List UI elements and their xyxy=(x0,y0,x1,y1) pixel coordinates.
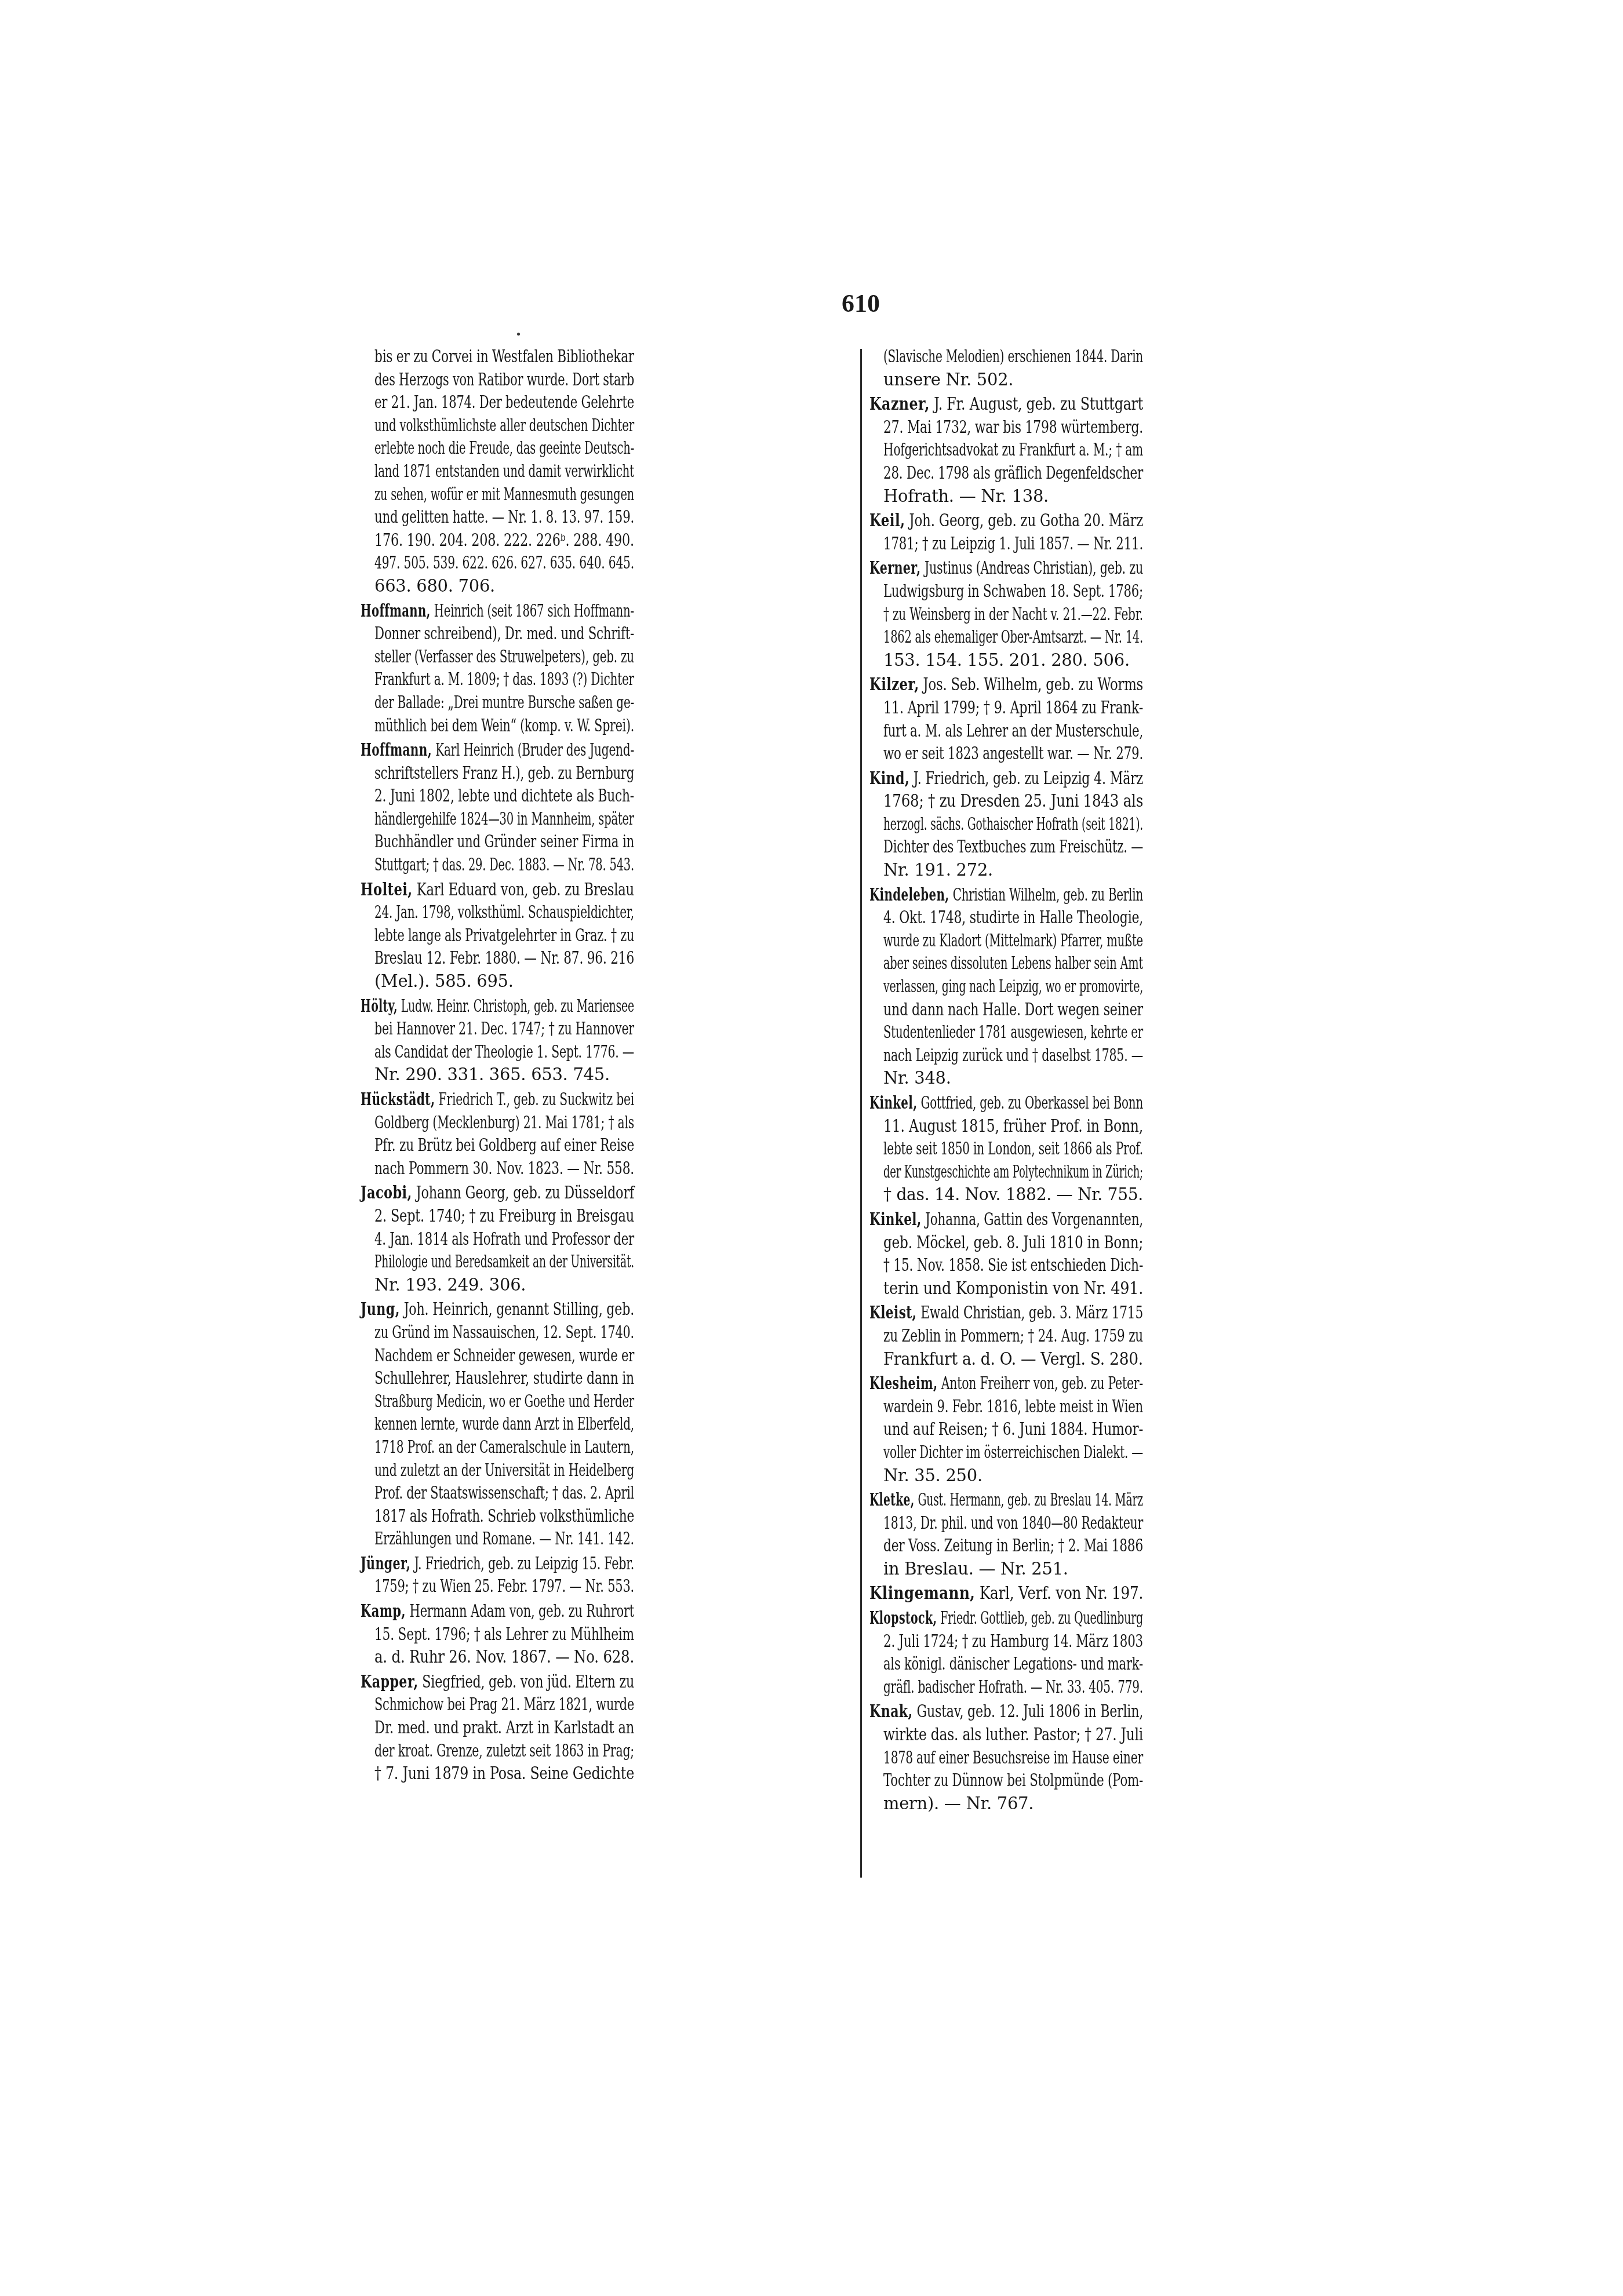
text-line: wirkte das. als luther. Pastor; † 27. Ju… xyxy=(869,1723,1143,1747)
entry-text: schriftstellers Franz H.), geb. zu Bernb… xyxy=(374,763,634,783)
text-line: geb. Möckel, geb. 8. Juli 1810 in Bonn; xyxy=(869,1231,1143,1255)
text-line: und gelitten hatte. — Nr. 1. 8. 13. 97. … xyxy=(361,506,634,529)
text-line: erlebte noch die Freude, das geeinte Deu… xyxy=(361,437,634,460)
entry-text: Friedrich T., geb. zu Suckwitz bei xyxy=(439,1089,634,1109)
text-line: Kletke, Gust. Hermann, geb. zu Breslau 1… xyxy=(869,1489,1143,1512)
entry-text: Breslau 12. Febr. 1880. — Nr. 87. 96. 21… xyxy=(374,948,634,968)
entry-text: der Voss. Zeitung in Berlin; † 2. Mai 18… xyxy=(883,1536,1143,1555)
biography-entry: Hoffmann, Heinrich (seit 1867 sich Hoffm… xyxy=(361,600,634,738)
text-line: Nr. 348. xyxy=(869,1067,1143,1090)
entry-text: als Candidat der Theologie 1. Sept. 1776… xyxy=(374,1042,634,1062)
biography-entry: Kleist, Ewald Christian, geb. 3. März 17… xyxy=(869,1302,1143,1371)
text-line: Erzählungen und Romane. — Nr. 141. 142. xyxy=(361,1528,634,1551)
entry-text: er 21. Jan. 1874. Der bedeutende Gelehrt… xyxy=(374,392,634,412)
entry-text: Gustav, geb. 12. Juli 1806 in Berlin, xyxy=(917,1701,1143,1721)
entry-text: 663. 680. 706. xyxy=(374,576,495,596)
entry-text: Frankfurt a. d. O. — Vergl. S. 280. xyxy=(883,1349,1143,1369)
text-line: wurde zu Kladort (Mittelmark) Pfarrer, m… xyxy=(869,930,1143,953)
entry-headword: Hückstädt, xyxy=(361,1089,435,1109)
biography-entry: Knak, Gustav, geb. 12. Juli 1806 in Berl… xyxy=(869,1700,1143,1815)
text-line: gräfl. badischer Hofrath. — Nr. 33. 405.… xyxy=(869,1676,1143,1699)
entry-text: Nachdem er Schneider gewesen, wurde er xyxy=(374,1346,634,1365)
text-line: Jung, Joh. Heinrich, genannt Stilling, g… xyxy=(361,1298,634,1321)
text-line: und volksthümlichste aller deutschen Dic… xyxy=(361,414,634,438)
text-line: 2. Juli 1724; † zu Hamburg 14. März 1803 xyxy=(869,1630,1143,1653)
entry-text: 4. Jan. 1814 als Hofrath und Professor d… xyxy=(374,1229,634,1249)
entry-text: Gottfried, geb. zu Oberkassel bei Bonn xyxy=(921,1093,1143,1113)
text-line: in Breslau. — Nr. 251. xyxy=(869,1558,1143,1581)
text-line: Nr. 193. 249. 306. xyxy=(361,1274,634,1297)
entry-text: Prof. der Staatswissenschaft; † das. 2. … xyxy=(374,1483,634,1503)
entry-text: (Slavische Melodien) erschienen 1844. Da… xyxy=(883,347,1143,366)
entry-headword: Hoffmann, xyxy=(361,740,432,760)
text-line: 1718 Prof. an der Cameralschule in Laute… xyxy=(361,1436,634,1459)
text-line: Kamp, Hermann Adam von, geb. zu Ruhrort xyxy=(361,1600,634,1623)
entry-text: 1718 Prof. an der Cameralschule in Laute… xyxy=(374,1437,634,1457)
text-line: 663. 680. 706. xyxy=(361,575,634,598)
text-line: Jacobi, Johann Georg, geb. zu Düsseldorf xyxy=(361,1182,634,1205)
text-line: Keil, Joh. Georg, geb. zu Gotha 20. März xyxy=(869,509,1143,533)
entry-text: Nr. 193. 249. 306. xyxy=(374,1275,526,1295)
entry-text: kennen lernte, wurde dann Arzt in Elberf… xyxy=(374,1414,634,1434)
biography-entry: Kindeleben, Christian Wilhelm, geb. zu B… xyxy=(869,884,1143,1090)
entry-text: Dr. med. und prakt. Arzt in Karlstadt an xyxy=(374,1718,634,1737)
entry-text: wurde zu Kladort (Mittelmark) Pfarrer, m… xyxy=(883,931,1143,950)
text-line: Klingemann, Karl, Verf. von Nr. 197. xyxy=(869,1582,1143,1605)
text-line: 1759; † zu Wien 25. Febr. 1797. — Nr. 55… xyxy=(361,1575,634,1598)
entry-headword: Kletke, xyxy=(869,1490,915,1510)
entry-text: 176. 190. 204. 208. 222. 226ᵇ. 288. 490. xyxy=(374,530,634,550)
text-line: mern). — Nr. 767. xyxy=(869,1792,1143,1816)
entry-text: Jos. Seb. Wilhelm, geb. zu Worms xyxy=(923,675,1143,694)
entry-text: Ludw. Heinr. Christoph, geb. zu Mariense… xyxy=(401,996,634,1016)
entry-text: Karl Eduard von, geb. zu Breslau xyxy=(417,880,634,899)
entry-text: J. Friedrich, geb. zu Leipzig 15. Febr. xyxy=(414,1554,634,1573)
text-line: 1813, Dr. phil. und von 1840—80 Redakteu… xyxy=(869,1512,1143,1535)
text-line: a. d. Ruhr 26. Nov. 1867. — No. 628. xyxy=(361,1646,634,1669)
text-line: Schmichow bei Prag 21. März 1821, wurde xyxy=(361,1693,634,1716)
text-line: Hofgerichtsadvokat zu Frankfurt a. M.; †… xyxy=(869,439,1143,462)
entry-text: Nr. 35. 250. xyxy=(883,1466,982,1485)
text-line: der Voss. Zeitung in Berlin; † 2. Mai 18… xyxy=(869,1535,1143,1558)
text-line: der kroat. Grenze, zuletzt seit 1863 in … xyxy=(361,1740,634,1763)
text-line: Hoffmann, Karl Heinrich (Bruder des Juge… xyxy=(361,739,634,762)
entry-text: Heinrich (seit 1867 sich Hoffmann- xyxy=(434,601,634,621)
entry-text: wirkte das. als luther. Pastor; † 27. Ju… xyxy=(883,1725,1143,1744)
entry-text: 1768; † zu Dresden 25. Juni 1843 als xyxy=(883,791,1143,811)
text-line: 497. 505. 539. 622. 626. 627. 635. 640. … xyxy=(361,552,634,575)
entry-text: und dann nach Halle. Dort wegen seiner xyxy=(883,1000,1143,1019)
biography-entry: Jung, Joh. Heinrich, genannt Stilling, g… xyxy=(361,1298,634,1551)
entry-text: Anton Freiherr von, geb. zu Peter- xyxy=(941,1373,1143,1393)
text-line: Nachdem er Schneider gewesen, wurde er xyxy=(361,1344,634,1368)
entry-text: 2. Juni 1802, lebte und dichtete als Buc… xyxy=(374,786,634,806)
entry-text: Buchhändler und Gründer seiner Firma in xyxy=(374,832,634,851)
entry-text: bei Hannover 21. Dec. 1747; † zu Hannove… xyxy=(374,1019,634,1038)
text-line: Goldberg (Mecklenburg) 21. Mai 1781; † a… xyxy=(361,1111,634,1135)
entry-text: Hofgerichtsadvokat zu Frankfurt a. M.; †… xyxy=(883,440,1143,460)
entry-headword: Kilzer, xyxy=(869,675,919,694)
entry-text: 15. Sept. 1796; † als Lehrer zu Mühlheim xyxy=(374,1624,634,1644)
text-line: Studentenlieder 1781 ausgewiesen, kehrte… xyxy=(869,1021,1143,1044)
entry-text: 1862 als ehemaliger Ober-Amtsarzt. — Nr.… xyxy=(883,627,1143,647)
entry-text: Gust. Hermann, geb. zu Breslau 14. März xyxy=(918,1490,1143,1510)
biography-entry: Kind, J. Friedrich, geb. zu Leipzig 4. M… xyxy=(869,767,1143,882)
text-line: 153. 154. 155. 201. 280. 506. xyxy=(869,649,1143,672)
entry-text: zu sehen, wofür er mit Mannesmuth gesung… xyxy=(374,484,634,504)
biography-entry: Kamp, Hermann Adam von, geb. zu Ruhrort1… xyxy=(361,1600,634,1669)
entry-text: J. Fr. August, geb. zu Stuttgart xyxy=(934,394,1143,414)
text-line: † 7. Juni 1879 in Posa. Seine Gedichte xyxy=(361,1762,634,1785)
text-line: Kindeleben, Christian Wilhelm, geb. zu B… xyxy=(869,884,1143,907)
entry-headword: Kamp, xyxy=(361,1601,406,1621)
biography-entry: Klopstock, Friedr. Gottlieb, geb. zu Que… xyxy=(869,1607,1143,1699)
entry-text: 27. Mai 1732, war bis 1798 würtemberg. xyxy=(883,417,1143,437)
entry-text: Siegfried, geb. von jüd. Eltern zu xyxy=(422,1672,634,1692)
entry-text: Frankfurt a. M. 1809; † das. 1893 (?) Di… xyxy=(374,669,634,689)
entry-text: Christian Wilhelm, geb. zu Berlin xyxy=(953,885,1143,905)
biography-entry: Hückstädt, Friedrich T., geb. zu Suckwit… xyxy=(361,1088,634,1180)
entry-text: und volksthümlichste aller deutschen Dic… xyxy=(374,416,634,435)
entry-text: Schullehrer, Hauslehrer, studirte dann i… xyxy=(374,1368,634,1388)
entry-text: Friedr. Gottlieb, geb. zu Quedlinburg xyxy=(940,1608,1143,1628)
biography-entry: Jacobi, Johann Georg, geb. zu Düsseldorf… xyxy=(361,1182,634,1296)
text-line: 2. Sept. 1740; † zu Freiburg in Breisgau xyxy=(361,1205,634,1228)
text-line: lebte seit 1850 in London, seit 1866 als… xyxy=(869,1138,1143,1161)
text-line: zu sehen, wofür er mit Mannesmuth gesung… xyxy=(361,483,634,506)
entry-text: Justinus (Andreas Christian), geb. zu xyxy=(925,558,1143,578)
print-speck xyxy=(517,333,520,336)
biography-entry: Keil, Joh. Georg, geb. zu Gotha 20. März… xyxy=(869,509,1143,555)
text-line: † zu Weinsberg in der Nacht v. 21.—22. F… xyxy=(869,603,1143,626)
text-line: Philologie und Beredsamkeit an der Unive… xyxy=(361,1251,634,1274)
biography-entry: Kerner, Justinus (Andreas Christian), ge… xyxy=(869,557,1143,672)
entry-text: terin und Komponistin von Nr. 491. xyxy=(883,1278,1143,1298)
text-line: Klopstock, Friedr. Gottlieb, geb. zu Que… xyxy=(869,1607,1143,1630)
entry-text: unsere Nr. 502. xyxy=(883,370,1013,389)
entry-headword: Knak, xyxy=(869,1701,913,1721)
entry-text: Nr. 191. 272. xyxy=(883,860,993,880)
entry-text: nach Pommern 30. Nov. 1823. — Nr. 558. xyxy=(374,1158,634,1178)
text-line: Tochter zu Dünnow bei Stolpmünde (Pom- xyxy=(869,1769,1143,1792)
entry-text: Hofrath. — Nr. 138. xyxy=(883,486,1049,506)
entry-text: Straßburg Medicin, wo er Goethe und Herd… xyxy=(374,1391,634,1411)
entry-text: müthlich bei dem Wein“ (komp. v. W. Spre… xyxy=(374,716,634,735)
text-line: Frankfurt a. d. O. — Vergl. S. 280. xyxy=(869,1348,1143,1371)
entry-text: † 15. Nov. 1858. Sie ist entschieden Dic… xyxy=(883,1255,1143,1275)
text-line: wo er seit 1823 angestellt war. — Nr. 27… xyxy=(869,742,1143,766)
text-line: der Ballade: „Drei muntre Bursche saßen … xyxy=(361,691,634,715)
entry-text: der Ballade: „Drei muntre Bursche saßen … xyxy=(374,693,634,712)
entry-text: und gelitten hatte. — Nr. 1. 8. 13. 97. … xyxy=(374,507,634,527)
text-line: Hoffmann, Heinrich (seit 1867 sich Hoffm… xyxy=(361,600,634,623)
entry-text: Goldberg (Mecklenburg) 21. Mai 1781; † a… xyxy=(374,1113,634,1132)
entry-text: land 1871 entstanden und damit verwirkli… xyxy=(374,461,634,481)
entry-headword: Kind, xyxy=(869,768,909,788)
entry-text: nach Leipzig zurück und † daselbst 1785.… xyxy=(883,1045,1143,1065)
text-line: 15. Sept. 1796; † als Lehrer zu Mühlheim xyxy=(361,1623,634,1646)
text-line: Hölty, Ludw. Heinr. Christoph, geb. zu M… xyxy=(361,995,634,1018)
text-line: Klesheim, Anton Freiherr von, geb. zu Pe… xyxy=(869,1372,1143,1395)
biography-entry: Klingemann, Karl, Verf. von Nr. 197. xyxy=(869,1582,1143,1605)
text-line: 11. August 1815, früher Prof. in Bonn, xyxy=(869,1115,1143,1138)
text-line: 24. Jan. 1798, volksthüml. Schauspieldic… xyxy=(361,901,634,924)
entry-headword: Kinkel, xyxy=(869,1093,917,1113)
entry-headword: Holtei, xyxy=(361,880,413,899)
entry-text: lebte seit 1850 in London, seit 1866 als… xyxy=(883,1139,1143,1158)
entry-text: Erzählungen und Romane. — Nr. 141. 142. xyxy=(374,1529,634,1548)
entry-text: 4. Okt. 1748, studirte in Halle Theologi… xyxy=(883,908,1143,927)
text-line: der Kunstgeschichte am Polytechnikum in … xyxy=(869,1161,1143,1184)
entry-text: Stuttgart; † das. 29. Dec. 1883. — Nr. 7… xyxy=(374,855,634,874)
text-line: Kinkel, Gottfried, geb. zu Oberkassel be… xyxy=(869,1092,1143,1115)
entry-headword: Kindeleben, xyxy=(869,885,949,905)
entry-headword: Jünger, xyxy=(361,1554,410,1573)
entry-text: Ewald Christian, geb. 3. März 1715 xyxy=(920,1303,1143,1322)
entry-headword: Klingemann, xyxy=(869,1583,975,1603)
text-line: † das. 14. Nov. 1882. — Nr. 755. xyxy=(869,1183,1143,1207)
biography-entry: Hoffmann, Karl Heinrich (Bruder des Juge… xyxy=(361,739,634,877)
entry-text: verlassen, ging nach Leipzig, wo er prom… xyxy=(883,976,1143,996)
entry-headword: Kinkel, xyxy=(869,1209,922,1229)
entry-text: 28. Dec. 1798 als gräflich Degenfeldsche… xyxy=(883,463,1143,483)
entry-text: 1813, Dr. phil. und von 1840—80 Redakteu… xyxy=(883,1513,1143,1533)
entry-text: Dichter des Textbuches zum Freischütz. — xyxy=(883,837,1143,857)
text-line: Hofrath. — Nr. 138. xyxy=(869,485,1143,508)
entry-text: gräfl. badischer Hofrath. — Nr. 33. 405.… xyxy=(883,1677,1143,1697)
biography-entry: Kazner, J. Fr. August, geb. zu Stuttgart… xyxy=(869,393,1143,508)
text-line: verlassen, ging nach Leipzig, wo er prom… xyxy=(869,975,1143,998)
entry-text: Nr. 290. 331. 365. 653. 745. xyxy=(374,1065,610,1084)
entry-text: zu Zeblin in Pommern; † 24. Aug. 1759 zu xyxy=(883,1326,1143,1346)
text-line: er 21. Jan. 1874. Der bedeutende Gelehrt… xyxy=(361,391,634,414)
entry-text: Hermann Adam von, geb. zu Ruhrort xyxy=(409,1601,634,1621)
text-line: nach Pommern 30. Nov. 1823. — Nr. 558. xyxy=(361,1157,634,1180)
entry-text: Karl, Verf. von Nr. 197. xyxy=(980,1583,1143,1603)
text-line: zu Gründ im Nassauischen, 12. Sept. 1740… xyxy=(361,1321,634,1344)
text-line: Kilzer, Jos. Seb. Wilhelm, geb. zu Worms xyxy=(869,673,1143,697)
text-line: 11. April 1799; † 9. April 1864 zu Frank… xyxy=(869,697,1143,720)
text-line: Kerner, Justinus (Andreas Christian), ge… xyxy=(869,557,1143,580)
entry-text: 2. Juli 1724; † zu Hamburg 14. März 1803 xyxy=(883,1631,1143,1651)
entry-text: a. d. Ruhr 26. Nov. 1867. — No. 628. xyxy=(374,1647,634,1667)
text-line: unsere Nr. 502. xyxy=(869,369,1143,392)
biography-entry: Kletke, Gust. Hermann, geb. zu Breslau 1… xyxy=(869,1489,1143,1580)
entry-text: J. Friedrich, geb. zu Leipzig 4. März xyxy=(914,768,1143,788)
text-line: kennen lernte, wurde dann Arzt in Elberf… xyxy=(361,1413,634,1436)
entry-headword: Kapper, xyxy=(361,1672,419,1692)
text-line: 176. 190. 204. 208. 222. 226ᵇ. 288. 490. xyxy=(361,529,634,552)
entry-text: 2. Sept. 1740; † zu Freiburg in Breisgau xyxy=(374,1206,634,1226)
text-line: 1781; † zu Leipzig 1. Juli 1857. — Nr. 2… xyxy=(869,533,1143,556)
entry-text: Karl Heinrich (Bruder des Jugend- xyxy=(435,740,634,760)
entry-text: steller (Verfasser des Struwelpeters), g… xyxy=(374,647,634,666)
entry-text: Joh. Heinrich, genannt Stilling, geb. xyxy=(404,1299,634,1319)
entry-headword: Hoffmann, xyxy=(361,601,431,621)
text-line: 1878 auf einer Besuchsreise im Hause ein… xyxy=(869,1747,1143,1770)
entry-headword: Kerner, xyxy=(869,558,921,578)
text-line: Stuttgart; † das. 29. Dec. 1883. — Nr. 7… xyxy=(361,854,634,877)
text-line: (Mel.). 585. 695. xyxy=(361,970,634,993)
entry-headword: Jacobi, xyxy=(361,1183,412,1202)
text-line: Dr. med. und prakt. Arzt in Karlstadt an xyxy=(361,1716,634,1740)
text-line: zu Zeblin in Pommern; † 24. Aug. 1759 zu xyxy=(869,1325,1143,1348)
text-line: 4. Okt. 1748, studirte in Halle Theologi… xyxy=(869,906,1143,930)
text-line: herzogl. sächs. Gothaischer Hofrath (sei… xyxy=(869,813,1143,836)
text-line: 28. Dec. 1798 als gräflich Degenfeldsche… xyxy=(869,462,1143,485)
entry-text: Pfr. zu Brütz bei Goldberg auf einer Rei… xyxy=(374,1135,634,1155)
entry-text: † 7. Juni 1879 in Posa. Seine Gedichte xyxy=(374,1763,634,1783)
entry-headword: Kleist, xyxy=(869,1303,917,1322)
entry-headword: Jung, xyxy=(361,1299,400,1319)
entry-text: wardein 9. Febr. 1816, lebte meist in Wi… xyxy=(883,1397,1143,1416)
text-line: † 15. Nov. 1858. Sie ist entschieden Dic… xyxy=(869,1254,1143,1277)
biography-entry: Klesheim, Anton Freiherr von, geb. zu Pe… xyxy=(869,1372,1143,1487)
text-line: und zuletzt an der Universität in Heidel… xyxy=(361,1459,634,1482)
text-line: 2. Juni 1802, lebte und dichtete als Buc… xyxy=(361,785,634,808)
text-line: 1862 als ehemaliger Ober-Amtsarzt. — Nr.… xyxy=(869,626,1143,649)
text-line: wardein 9. Febr. 1816, lebte meist in Wi… xyxy=(869,1395,1143,1419)
entry-text: 1759; † zu Wien 25. Febr. 1797. — Nr. 55… xyxy=(374,1576,634,1596)
entry-text: † das. 14. Nov. 1882. — Nr. 755. xyxy=(883,1185,1143,1204)
text-line: steller (Verfasser des Struwelpeters), g… xyxy=(361,646,634,669)
entry-text: Studentenlieder 1781 ausgewiesen, kehrte… xyxy=(883,1022,1143,1042)
entry-text: voller Dichter im österreichischen Diale… xyxy=(883,1442,1143,1462)
biography-entry: Kinkel, Gottfried, geb. zu Oberkassel be… xyxy=(869,1092,1143,1207)
biography-entry: Jünger, J. Friedrich, geb. zu Leipzig 15… xyxy=(361,1552,634,1598)
entry-text: 1817 als Hofrath. Schrieb volksthümliche xyxy=(374,1506,634,1526)
entry-text: lebte lange als Privatgelehrter in Graz.… xyxy=(374,925,634,945)
text-line: Schullehrer, Hauslehrer, studirte dann i… xyxy=(361,1367,634,1390)
text-line: Kinkel, Johanna, Gattin des Vorgenannten… xyxy=(869,1208,1143,1231)
text-line: Ludwigsburg in Schwaben 18. Sept. 1786; xyxy=(869,580,1143,603)
entry-text: (Mel.). 585. 695. xyxy=(374,971,514,991)
entry-text: Philologie und Beredsamkeit an der Unive… xyxy=(374,1252,634,1271)
text-line: Kind, J. Friedrich, geb. zu Leipzig 4. M… xyxy=(869,767,1143,790)
entry-text: zu Gründ im Nassauischen, 12. Sept. 1740… xyxy=(374,1322,634,1342)
text-line: bis er zu Corvei in Westfalen Bibliothek… xyxy=(361,345,634,369)
entry-text: erlebte noch die Freude, das geeinte Deu… xyxy=(374,438,634,458)
text-line: Kazner, J. Fr. August, geb. zu Stuttgart xyxy=(869,393,1143,416)
text-line: 27. Mai 1732, war bis 1798 würtemberg. xyxy=(869,416,1143,439)
biography-entry: Kinkel, Johanna, Gattin des Vorgenannten… xyxy=(869,1208,1143,1300)
entry-text: 497. 505. 539. 622. 626. 627. 635. 640. … xyxy=(374,553,634,573)
text-line: 1817 als Hofrath. Schrieb volksthümliche xyxy=(361,1505,634,1528)
text-line: Nr. 35. 250. xyxy=(869,1464,1143,1488)
right-column: (Slavische Melodien) erschienen 1844. Da… xyxy=(869,345,1143,1817)
entry-text: als königl. dänischer Legations- und mar… xyxy=(883,1654,1143,1674)
text-line: 4. Jan. 1814 als Hofrath und Professor d… xyxy=(361,1228,634,1251)
entry-text: 11. April 1799; † 9. April 1864 zu Frank… xyxy=(883,698,1143,717)
entry-text: Johanna, Gattin des Vorgenannten, xyxy=(925,1209,1143,1229)
text-line: als königl. dänischer Legations- und mar… xyxy=(869,1653,1143,1676)
text-line: aber seines dissoluten Lebens halber sei… xyxy=(869,952,1143,975)
entry-text: und zuletzt an der Universität in Heidel… xyxy=(374,1460,634,1480)
text-line: schriftstellers Franz H.), geb. zu Bernb… xyxy=(361,762,634,785)
text-line: voller Dichter im österreichischen Diale… xyxy=(869,1441,1143,1464)
text-line: und auf Reisen; † 6. Juni 1884. Humor- xyxy=(869,1418,1143,1441)
entry-text: der Kunstgeschichte am Polytechnikum in … xyxy=(883,1162,1143,1182)
text-line: Pfr. zu Brütz bei Goldberg auf einer Rei… xyxy=(361,1134,634,1157)
text-line: Knak, Gustav, geb. 12. Juli 1806 in Berl… xyxy=(869,1700,1143,1723)
entry-headword: Kazner, xyxy=(869,394,930,414)
entry-text: 24. Jan. 1798, volksthüml. Schauspieldic… xyxy=(374,902,634,922)
text-line: nach Leipzig zurück und † daselbst 1785.… xyxy=(869,1044,1143,1067)
entry-text: mern). — Nr. 767. xyxy=(883,1794,1034,1813)
text-line: Dichter des Textbuches zum Freischütz. — xyxy=(869,836,1143,859)
text-line: Jünger, J. Friedrich, geb. zu Leipzig 15… xyxy=(361,1552,634,1576)
biography-entry: Hölty, Ludw. Heinr. Christoph, geb. zu M… xyxy=(361,995,634,1087)
page-number: 610 xyxy=(835,289,887,318)
text-line: (Slavische Melodien) erschienen 1844. Da… xyxy=(869,345,1143,369)
text-line: Frankfurt a. M. 1809; † das. 1893 (?) Di… xyxy=(361,668,634,691)
text-line: 1768; † zu Dresden 25. Juni 1843 als xyxy=(869,790,1143,813)
entry-text: des Herzogs von Ratibor wurde. Dort star… xyxy=(374,370,634,389)
text-line: händlergehilfe 1824—30 in Mannheim, spät… xyxy=(361,808,634,831)
entry-text: furt a. M. als Lehrer an der Musterschul… xyxy=(883,721,1143,741)
entry-text: wo er seit 1823 angestellt war. — Nr. 27… xyxy=(883,744,1143,763)
entry-continuation: (Slavische Melodien) erschienen 1844. Da… xyxy=(869,345,1143,391)
text-line: Nr. 290. 331. 365. 653. 745. xyxy=(361,1063,634,1087)
entry-text: in Breslau. — Nr. 251. xyxy=(883,1559,1068,1579)
entry-text: aber seines dissoluten Lebens halber sei… xyxy=(883,953,1143,973)
text-line: als Candidat der Theologie 1. Sept. 1776… xyxy=(361,1041,634,1064)
entry-text: Donner schreibend), Dr. med. und Schrift… xyxy=(374,624,634,643)
entry-text: 153. 154. 155. 201. 280. 506. xyxy=(883,650,1130,670)
entry-text: der kroat. Grenze, zuletzt seit 1863 in … xyxy=(374,1741,634,1761)
entry-text: † zu Weinsberg in der Nacht v. 21.—22. F… xyxy=(883,604,1143,624)
entry-text: bis er zu Corvei in Westfalen Bibliothek… xyxy=(374,347,634,366)
entry-text: Johann Georg, geb. zu Düsseldorf xyxy=(416,1183,634,1202)
entry-text: händlergehilfe 1824—30 in Mannheim, spät… xyxy=(374,809,634,829)
entry-headword: Klopstock, xyxy=(869,1608,937,1628)
biography-entry: Holtei, Karl Eduard von, geb. zu Breslau… xyxy=(361,879,634,993)
column-divider xyxy=(860,349,862,1878)
text-line: und dann nach Halle. Dort wegen seiner xyxy=(869,998,1143,1022)
text-line: furt a. M. als Lehrer an der Musterschul… xyxy=(869,720,1143,743)
text-line: terin und Komponistin von Nr. 491. xyxy=(869,1277,1143,1300)
biography-entry: Kapper, Siegfried, geb. von jüd. Eltern … xyxy=(361,1671,634,1785)
entry-headword: Hölty, xyxy=(361,996,398,1016)
text-line: Holtei, Karl Eduard von, geb. zu Breslau xyxy=(361,879,634,902)
entry-text: Joh. Georg, geb. zu Gotha 20. März xyxy=(909,511,1143,530)
text-line: bei Hannover 21. Dec. 1747; † zu Hannove… xyxy=(361,1018,634,1041)
text-line: Nr. 191. 272. xyxy=(869,859,1143,882)
text-line: Breslau 12. Febr. 1880. — Nr. 87. 96. 21… xyxy=(361,947,634,970)
entry-headword: Keil, xyxy=(869,511,905,530)
entry-text: Tochter zu Dünnow bei Stolpmünde (Pom- xyxy=(883,1770,1143,1790)
text-line: lebte lange als Privatgelehrter in Graz.… xyxy=(361,924,634,947)
text-line: müthlich bei dem Wein“ (komp. v. W. Spre… xyxy=(361,715,634,738)
entry-text: geb. Möckel, geb. 8. Juli 1810 in Bonn; xyxy=(883,1233,1143,1252)
text-line: land 1871 entstanden und damit verwirkli… xyxy=(361,460,634,483)
text-line: Kapper, Siegfried, geb. von jüd. Eltern … xyxy=(361,1671,634,1694)
entry-text: 11. August 1815, früher Prof. in Bonn, xyxy=(883,1116,1143,1136)
text-line: Buchhändler und Gründer seiner Firma in xyxy=(361,830,634,854)
text-line: des Herzogs von Ratibor wurde. Dort star… xyxy=(361,369,634,392)
left-column: bis er zu Corvei in Westfalen Bibliothek… xyxy=(361,345,634,1787)
entry-continuation: bis er zu Corvei in Westfalen Bibliothek… xyxy=(361,345,634,598)
entry-text: Ludwigsburg in Schwaben 18. Sept. 1786; xyxy=(883,581,1143,601)
text-line: Donner schreibend), Dr. med. und Schrift… xyxy=(361,622,634,646)
entry-text: 1781; † zu Leipzig 1. Juli 1857. — Nr. 2… xyxy=(883,534,1143,553)
text-line: Straßburg Medicin, wo er Goethe und Herd… xyxy=(361,1390,634,1413)
entry-text: 1878 auf einer Besuchsreise im Hause ein… xyxy=(883,1748,1143,1767)
entry-text: Nr. 348. xyxy=(883,1068,951,1088)
entry-text: herzogl. sächs. Gothaischer Hofrath (sei… xyxy=(883,814,1143,834)
text-line: Hückstädt, Friedrich T., geb. zu Suckwit… xyxy=(361,1088,634,1111)
biography-entry: Kilzer, Jos. Seb. Wilhelm, geb. zu Worms… xyxy=(869,673,1143,765)
